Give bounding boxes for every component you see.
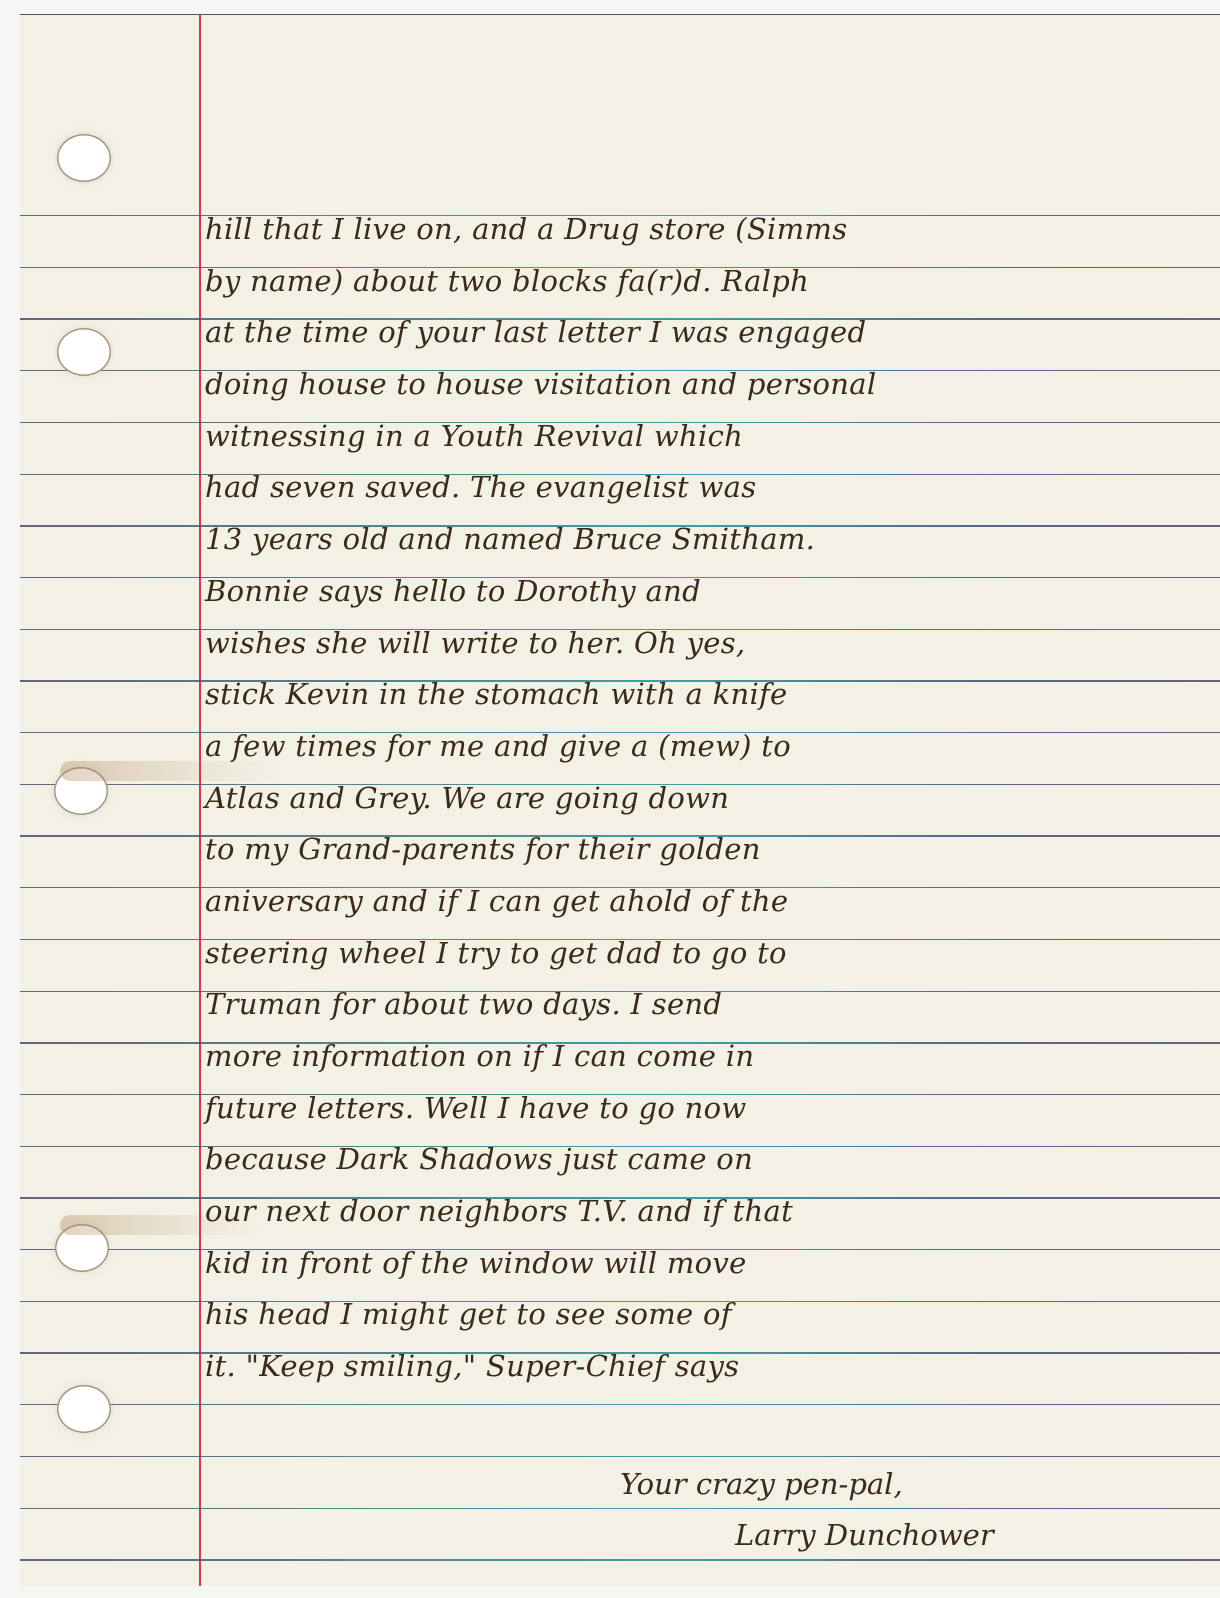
letter-line: steering wheel I try to get dad to go to	[205, 928, 1195, 980]
letter-line: his head I might get to see some of	[205, 1289, 1195, 1341]
letter-line: more information on if I can come in	[205, 1031, 1195, 1083]
letter-line: Atlas and Grey. We are going down	[205, 773, 1195, 825]
letter-line: aniversary and if I can get ahold of the	[205, 876, 1195, 928]
letter-line: 13 years old and named Bruce Smitham.	[205, 514, 1195, 566]
letter-body: hill that I live on, and a Drug store (S…	[205, 214, 1195, 1403]
letter-line: doing house to house visitation and pers…	[205, 359, 1195, 411]
ruled-line	[20, 1559, 1220, 1560]
letter-line: at the time of your last letter I was en…	[205, 307, 1195, 359]
letter-line: a few times for me and give a (mew) to	[205, 721, 1195, 773]
letter-line: Truman for about two days. I send	[205, 979, 1195, 1031]
ruled-line	[20, 1456, 1220, 1457]
valediction: Your crazy pen-pal,	[620, 1467, 903, 1501]
letter-line: Bonnie says hello to Dorothy and	[205, 566, 1195, 618]
ruled-line	[20, 1404, 1220, 1405]
letter-line: future letters. Well I have to go now	[205, 1083, 1195, 1135]
letter-line: witnessing in a Youth Revival which	[205, 411, 1195, 463]
signature: Larry Dunchower	[735, 1518, 994, 1552]
letter-line: hill that I live on, and a Drug store (S…	[205, 204, 1195, 256]
ruled-line	[20, 1508, 1220, 1509]
letter-line: by name) about two blocks fa(r)d. Ralph	[205, 256, 1195, 308]
letter-line: wishes she will write to her. Oh yes,	[205, 618, 1195, 670]
hole-punch-1	[57, 134, 111, 182]
red-margin-line	[199, 15, 201, 1586]
letter-line: our next door neighbors T.V. and if that	[205, 1186, 1195, 1238]
letter-line: stick Kevin in the stomach with a knife	[205, 669, 1195, 721]
letter-line: had seven saved. The evangelist was	[205, 462, 1195, 514]
letter-line: kid in front of the window will move	[205, 1238, 1195, 1290]
hole-punch-2	[57, 328, 111, 376]
hole-punch-5	[57, 1385, 111, 1433]
letter-line: to my Grand-parents for their golden	[205, 824, 1195, 876]
letter-line: because Dark Shadows just came on	[205, 1134, 1195, 1186]
letter-line: it. "Keep smiling," Super-Chief says	[205, 1341, 1195, 1393]
